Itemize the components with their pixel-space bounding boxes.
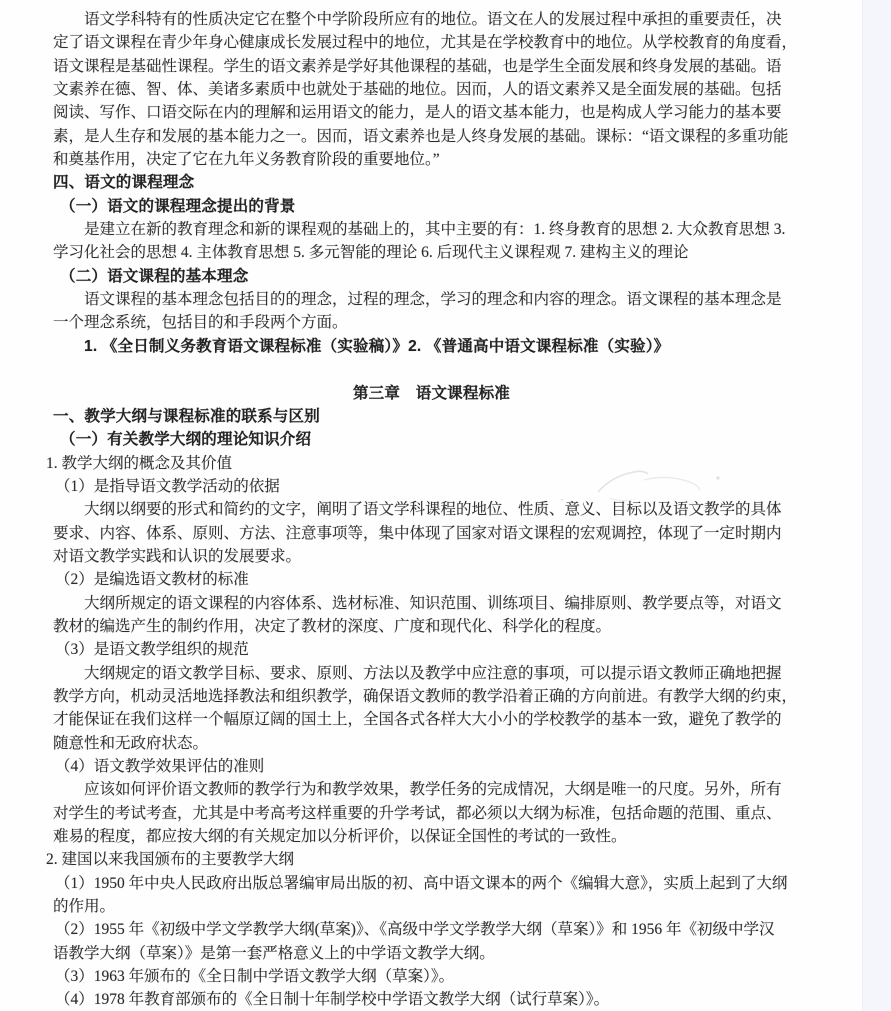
body-text-line: 定了语文课程在青少年身心健康成长发展过程中的地位，尤其是在学校教育中的地位。从学… — [0, 31, 863, 54]
subsection-heading: （二）语文课程的基本理念 — [0, 265, 863, 288]
body-text-line: 语文课程的基本理念包括目的的理念，过程的理念，学习的理念和内容的理念。语文课程的… — [0, 288, 863, 311]
body-text-line: 大纲以纲要的形式和简约的文字，阐明了语文学科课程的地位、性质、意义、目标以及语文… — [0, 498, 863, 521]
body-text-line: 教材的编选产生的制约作用，决定了教材的深度、广度和现代化、科学化的程度。 — [0, 615, 863, 638]
body-text-line: 语教学大纲（草案）》是第一套严格意义上的中学语文教学大纲。 — [0, 942, 863, 965]
body-text-line: 阅读、写作、口语交际在内的理解和运用语文的能力，是人的语文基本能力，也是构成人学… — [0, 101, 863, 124]
section-heading: 一、教学大纲与课程标准的联系与区别 — [0, 405, 863, 428]
subsection-heading: （一）语文的课程理念提出的背景 — [0, 195, 863, 218]
body-text-line: 难易的程度，都应按大纲的有关规定加以分析评价，以保证全国性的考试的一致性。 — [0, 825, 863, 848]
body-text-line: 语文课程是基础性课程。学生的语文素养是学好其他课程的基础，也是学生全面发展和终身… — [0, 55, 863, 78]
blank-line — [0, 358, 863, 381]
chapter-heading: 第三章 语文课程标准 — [0, 382, 863, 405]
body-text-line: 对语文教学实践和认识的发展要求。 — [0, 545, 863, 568]
body-text-line: 和奠基作用，决定了它在九年义务教育阶段的重要地位。” — [0, 148, 863, 171]
body-text-line: 文素养在德、智、体、美诸多素质中也就处于基础的地位。因而，人的语文素养又是全面发… — [0, 78, 863, 101]
body-text-line: 要求、内容、体系、原则、方法、注意事项等，集中体现了国家对语文课程的宏观调控，体… — [0, 522, 863, 545]
list-item-line: （4）1978 年教育部颁布的《全日制十年制学校中学语文教学大纲（试行草案）》。 — [0, 988, 863, 1011]
body-text-line: 才能保证在我们这样一个幅原辽阔的国土上，全国各式各样大大小小的学校教学的基本一致… — [0, 708, 863, 731]
numbered-item-line: 1. 教学大纲的概念及其价值 — [0, 452, 863, 475]
body-text-line: 应该如何评价语文教师的教学行为和教学效果，教学任务的完成情况，大纲是唯一的尺度。… — [0, 778, 863, 801]
list-item-line: （1）是指导语文教学活动的依据 — [0, 475, 863, 498]
body-text-line: 是建立在新的教育理念和新的课程观的基础上的，其中主要的有：1. 终身教育的思想 … — [0, 218, 863, 241]
list-item-line: （4）语文教学效果评估的准则 — [0, 755, 863, 778]
subsection-heading: （一）有关教学大纲的理论知识介绍 — [0, 428, 863, 451]
section-heading: 四、语文的课程理念 — [0, 171, 863, 194]
body-text-line: 语文学科特有的性质决定它在整个中学阶段所应有的地位。语文在人的发展过程中承担的重… — [0, 8, 863, 31]
body-text-line: 随意性和无政府状态。 — [0, 732, 863, 755]
list-item-line: （3）是语文教学组织的规范 — [0, 638, 863, 661]
emphasis-heading: 1. 《全日制义务教育语文课程标准（实验稿）》2. 《普通高中语文课程标准（实验… — [0, 335, 863, 358]
body-text-line: 一个理念系统，包括目的和手段两个方面。 — [0, 311, 863, 334]
numbered-item-line: 2. 建国以来我国颁布的主要教学大纲 — [0, 848, 863, 871]
document-text-block: 语文学科特有的性质决定它在整个中学阶段所应有的地位。语文在人的发展过程中承担的重… — [0, 8, 863, 1011]
body-text-line: 学习化社会的思想 4. 主体教育思想 5. 多元智能的理论 6. 后现代主义课程… — [0, 241, 863, 264]
list-item-line: （2）是编选语文教材的标准 — [0, 568, 863, 591]
viewer-margin-strip — [862, 0, 891, 1011]
body-text-line: 素，是人生存和发展的基本能力之一。因而，语文素养也是人终身发展的基础。课标：“语… — [0, 125, 863, 148]
body-text-line: 教学方向，机动灵活地选择教法和组织教学，确保语文教师的教学沿着正确的方向前进。有… — [0, 685, 863, 708]
list-item-line: （1）1950 年中央人民政府出版总署编审局出版的初、高中语文课本的两个《编辑大… — [0, 872, 863, 895]
document-page: 语文学科特有的性质决定它在整个中学阶段所应有的地位。语文在人的发展过程中承担的重… — [0, 0, 863, 1011]
body-text-line: 大纲规定的语文教学目标、要求、原则、方法以及教学中应注意的事项，可以提示语文教师… — [0, 662, 863, 685]
list-item-line: （2）1955 年《初级中学文学教学大纲(草案)》、《高级中学文学教学大纲（草案… — [0, 918, 863, 941]
body-text-line: 大纲所规定的语文课程的内容体系、选材标准、知识范围、训练项目、编排原则、教学要点… — [0, 592, 863, 615]
body-text-line: 的作用。 — [0, 895, 863, 918]
body-text-line: 对学生的考试考查，尤其是中考高考这样重要的升学考试，都必须以大纲为标准，包括命题… — [0, 802, 863, 825]
list-item-line: （3）1963 年颁布的《全日制中学语文教学大纲（草案）》。 — [0, 965, 863, 988]
